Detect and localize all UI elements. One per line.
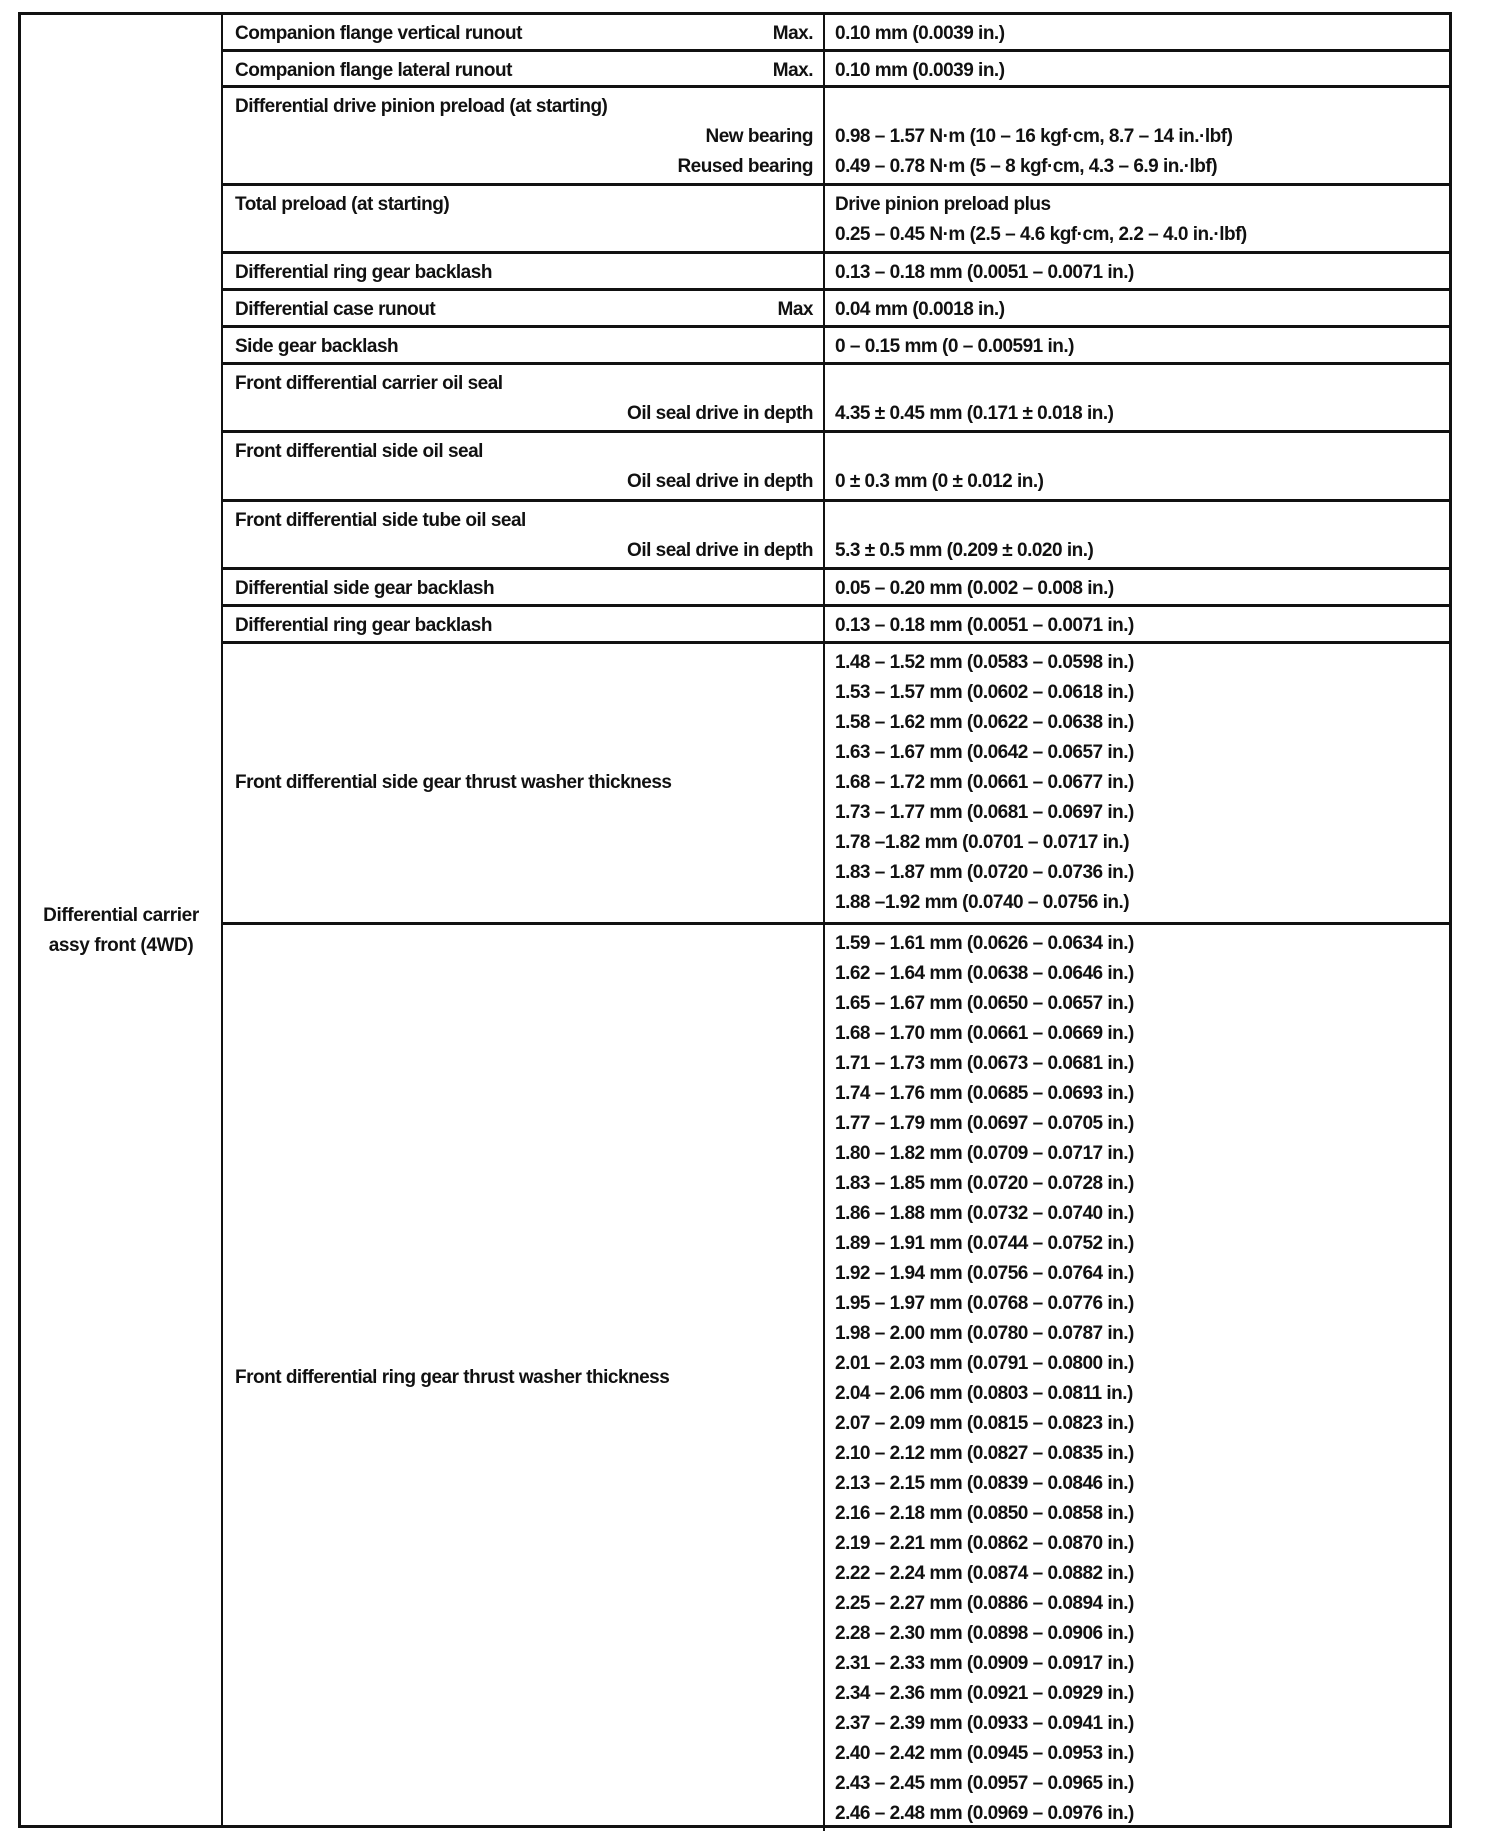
- value-line2: 0.25 – 0.45 N·m (2.5 – 4.6 kgf·cm, 2.2 –…: [835, 220, 1439, 250]
- item-cell: Companion flange lateral runout Max.: [223, 52, 825, 85]
- thickness-value: 2.07 – 2.09 mm (0.0815 – 0.0823 in.): [835, 1409, 1439, 1439]
- spec-row-diff-ring-gear-backlash-2: Differential ring gear backlash 0.13 – 0…: [223, 607, 1449, 644]
- group-label-line1: Differential carrier: [21, 901, 221, 931]
- thickness-value: 1.89 – 1.91 mm (0.0744 – 0.0752 in.): [835, 1229, 1439, 1259]
- thickness-value: 2.22 – 2.24 mm (0.0874 – 0.0882 in.): [835, 1559, 1439, 1589]
- item-label: Companion flange lateral runout: [235, 60, 512, 81]
- group-column: Differential carrier assy front (4WD): [21, 15, 223, 1825]
- thickness-value: 1.77 – 1.79 mm (0.0697 – 0.0705 in.): [835, 1109, 1439, 1139]
- spec-row-companion-vertical-runout: Companion flange vertical runout Max. 0.…: [223, 15, 1449, 52]
- thickness-value: 1.74 – 1.76 mm (0.0685 – 0.0693 in.): [835, 1079, 1439, 1109]
- thickness-value: 1.95 – 1.97 mm (0.0768 – 0.0776 in.): [835, 1289, 1439, 1319]
- thickness-value: 1.88 –1.92 mm (0.0740 – 0.0756 in.): [835, 888, 1439, 918]
- item-cell: Companion flange vertical runout Max.: [223, 15, 825, 49]
- item-label: Front differential side oil seal: [235, 437, 813, 467]
- item-cell: Differential ring gear backlash: [223, 607, 825, 641]
- spec-row-carrier-oil-seal: Front differential carrier oil seal Oil …: [223, 365, 1449, 433]
- spec-row-side-oil-seal: Front differential side oil seal Oil sea…: [223, 433, 1449, 502]
- value-cell: 4.35 ± 0.45 mm (0.171 ± 0.018 in.): [825, 365, 1449, 430]
- thickness-value: 2.10 – 2.12 mm (0.0827 – 0.0835 in.): [835, 1439, 1439, 1469]
- value-text: 5.3 ± 0.5 mm (0.209 ± 0.020 in.): [835, 536, 1439, 566]
- item-cell: Front differential ring gear thrust wash…: [223, 925, 825, 1831]
- item-label: Side gear backlash: [235, 336, 398, 357]
- sub-label-new-bearing: New bearing: [235, 122, 813, 152]
- item-cell: Front differential carrier oil seal Oil …: [223, 365, 825, 430]
- value-cell: Drive pinion preload plus 0.25 – 0.45 N·…: [825, 186, 1449, 251]
- thickness-value: 1.48 – 1.52 mm (0.0583 – 0.0598 in.): [835, 648, 1439, 678]
- thickness-value: 2.34 – 2.36 mm (0.0921 – 0.0929 in.): [835, 1679, 1439, 1709]
- thickness-value: 1.63 – 1.67 mm (0.0642 – 0.0657 in.): [835, 738, 1439, 768]
- value-cell: 0.10 mm (0.0039 in.): [825, 15, 1449, 49]
- item-label: Total preload (at starting): [235, 190, 813, 220]
- thickness-value: 1.68 – 1.72 mm (0.0661 – 0.0677 in.): [835, 768, 1439, 798]
- thickness-value: 1.58 – 1.62 mm (0.0622 – 0.0638 in.): [835, 708, 1439, 738]
- group-label-line2: assy front (4WD): [21, 931, 221, 961]
- value-new-bearing: 0.98 – 1.57 N·m (10 – 16 kgf·cm, 8.7 – 1…: [835, 122, 1439, 152]
- thickness-value: 1.80 – 1.82 mm (0.0709 – 0.0717 in.): [835, 1139, 1439, 1169]
- spec-row-side-tube-oil-seal: Front differential side tube oil seal Oi…: [223, 502, 1449, 570]
- value-list: 1.48 – 1.52 mm (0.0583 – 0.0598 in.)1.53…: [825, 644, 1449, 922]
- thickness-value: 1.98 – 2.00 mm (0.0780 – 0.0787 in.): [835, 1319, 1439, 1349]
- spec-row-companion-lateral-runout: Companion flange lateral runout Max. 0.1…: [223, 52, 1449, 88]
- spec-row-drive-pinion-preload: Differential drive pinion preload (at st…: [223, 88, 1449, 186]
- item-cell: Differential drive pinion preload (at st…: [223, 88, 825, 183]
- item-label: Front differential side tube oil seal: [235, 506, 813, 536]
- item-cell: Total preload (at starting): [223, 186, 825, 251]
- thickness-value: 2.01 – 2.03 mm (0.0791 – 0.0800 in.): [835, 1349, 1439, 1379]
- thickness-value: 1.78 –1.82 mm (0.0701 – 0.0717 in.): [835, 828, 1439, 858]
- item-label: Differential side gear backlash: [235, 578, 494, 599]
- value-list: 1.59 – 1.61 mm (0.0626 – 0.0634 in.)1.62…: [825, 925, 1449, 1831]
- item-label: Front differential side gear thrust wash…: [235, 768, 671, 798]
- value-cell: 0.13 – 0.18 mm (0.0051 – 0.0071 in.): [825, 254, 1449, 288]
- group-label: Differential carrier assy front (4WD): [21, 901, 221, 961]
- value-reused-bearing: 0.49 – 0.78 N·m (5 – 8 kgf·cm, 4.3 – 6.9…: [835, 152, 1439, 182]
- thickness-value: 2.28 – 2.30 mm (0.0898 – 0.0906 in.): [835, 1619, 1439, 1649]
- qualifier-label: Max.: [773, 56, 813, 86]
- thickness-value: 2.16 – 2.18 mm (0.0850 – 0.0858 in.): [835, 1499, 1439, 1529]
- item-label: Front differential carrier oil seal: [235, 369, 813, 399]
- spec-row-side-gear-backlash: Side gear backlash 0 – 0.15 mm (0 – 0.00…: [223, 328, 1449, 365]
- value-line1: Drive pinion preload plus: [835, 190, 1439, 220]
- thickness-value: 1.59 – 1.61 mm (0.0626 – 0.0634 in.): [835, 929, 1439, 959]
- thickness-value: 1.71 – 1.73 mm (0.0673 – 0.0681 in.): [835, 1049, 1439, 1079]
- item-cell: Side gear backlash: [223, 328, 825, 362]
- thickness-value: 1.92 – 1.94 mm (0.0756 – 0.0764 in.): [835, 1259, 1439, 1289]
- item-cell: Front differential side oil seal Oil sea…: [223, 433, 825, 499]
- thickness-value: 1.53 – 1.57 mm (0.0602 – 0.0618 in.): [835, 678, 1439, 708]
- item-cell: Front differential side gear thrust wash…: [223, 644, 825, 922]
- spec-row-ring-gear-backlash: Differential ring gear backlash 0.13 – 0…: [223, 254, 1449, 291]
- item-cell: Differential side gear backlash: [223, 570, 825, 604]
- value-cell: 0.13 – 0.18 mm (0.0051 – 0.0071 in.): [825, 607, 1449, 641]
- thickness-value: 2.37 – 2.39 mm (0.0933 – 0.0941 in.): [835, 1709, 1439, 1739]
- item-label: Differential case runout: [235, 299, 435, 320]
- sub-label: Oil seal drive in depth: [235, 399, 813, 429]
- value-text: 0 ± 0.3 mm (0 ± 0.012 in.): [835, 467, 1439, 497]
- value-text: 4.35 ± 0.45 mm (0.171 ± 0.018 in.): [835, 399, 1439, 429]
- thickness-value: 1.86 – 1.88 mm (0.0732 – 0.0740 in.): [835, 1199, 1439, 1229]
- thickness-value: 2.13 – 2.15 mm (0.0839 – 0.0846 in.): [835, 1469, 1439, 1499]
- thickness-value: 2.19 – 2.21 mm (0.0862 – 0.0870 in.): [835, 1529, 1439, 1559]
- item-cell: Differential ring gear backlash: [223, 254, 825, 288]
- thickness-value: 1.62 – 1.64 mm (0.0638 – 0.0646 in.): [835, 959, 1439, 989]
- thickness-value: 1.83 – 1.85 mm (0.0720 – 0.0728 in.): [835, 1169, 1439, 1199]
- qualifier-label: Max.: [773, 19, 813, 49]
- thickness-value: 2.46 – 2.48 mm (0.0969 – 0.0976 in.): [835, 1799, 1439, 1829]
- item-label: Front differential ring gear thrust wash…: [235, 1363, 669, 1393]
- item-cell: Differential case runout Max: [223, 291, 825, 325]
- spec-row-case-runout: Differential case runout Max 0.04 mm (0.…: [223, 291, 1449, 328]
- value-cell: 0.04 mm (0.0018 in.): [825, 291, 1449, 325]
- spec-table: Differential carrier assy front (4WD) Co…: [18, 12, 1452, 1828]
- item-cell: Front differential side tube oil seal Oi…: [223, 502, 825, 567]
- item-label: Differential drive pinion preload (at st…: [235, 92, 813, 122]
- spec-rows: Companion flange vertical runout Max. 0.…: [223, 15, 1449, 1825]
- item-label: Differential ring gear backlash: [235, 615, 492, 636]
- spec-row-ring-gear-thrust-washer: Front differential ring gear thrust wash…: [223, 925, 1449, 1831]
- thickness-value: 1.65 – 1.67 mm (0.0650 – 0.0657 in.): [835, 989, 1439, 1019]
- item-label: Companion flange vertical runout: [235, 23, 522, 44]
- thickness-value: 1.68 – 1.70 mm (0.0661 – 0.0669 in.): [835, 1019, 1439, 1049]
- thickness-value: 2.31 – 2.33 mm (0.0909 – 0.0917 in.): [835, 1649, 1439, 1679]
- spec-row-diff-side-gear-backlash: Differential side gear backlash 0.05 – 0…: [223, 570, 1449, 607]
- sub-label-reused-bearing: Reused bearing: [235, 152, 813, 182]
- item-label: Differential ring gear backlash: [235, 262, 492, 283]
- thickness-value: 2.04 – 2.06 mm (0.0803 – 0.0811 in.): [835, 1379, 1439, 1409]
- thickness-value: 1.83 – 1.87 mm (0.0720 – 0.0736 in.): [835, 858, 1439, 888]
- sub-label: Oil seal drive in depth: [235, 467, 813, 497]
- thickness-value: 2.43 – 2.45 mm (0.0957 – 0.0965 in.): [835, 1769, 1439, 1799]
- qualifier-label: Max: [778, 295, 813, 325]
- value-cell: 0 ± 0.3 mm (0 ± 0.012 in.): [825, 433, 1449, 499]
- thickness-value: 2.40 – 2.42 mm (0.0945 – 0.0953 in.): [835, 1739, 1439, 1769]
- thickness-value: 1.73 – 1.77 mm (0.0681 – 0.0697 in.): [835, 798, 1439, 828]
- value-cell: 0.10 mm (0.0039 in.): [825, 52, 1449, 85]
- value-cell: 5.3 ± 0.5 mm (0.209 ± 0.020 in.): [825, 502, 1449, 567]
- sub-label: Oil seal drive in depth: [235, 536, 813, 566]
- spec-row-side-gear-thrust-washer: Front differential side gear thrust wash…: [223, 644, 1449, 925]
- value-cell: 0.05 – 0.20 mm (0.002 – 0.008 in.): [825, 570, 1449, 604]
- spec-row-total-preload: Total preload (at starting) Drive pinion…: [223, 186, 1449, 254]
- value-cell: 0.98 – 1.57 N·m (10 – 16 kgf·cm, 8.7 – 1…: [825, 88, 1449, 183]
- thickness-value: 2.25 – 2.27 mm (0.0886 – 0.0894 in.): [835, 1589, 1439, 1619]
- value-cell: 0 – 0.15 mm (0 – 0.00591 in.): [825, 328, 1449, 362]
